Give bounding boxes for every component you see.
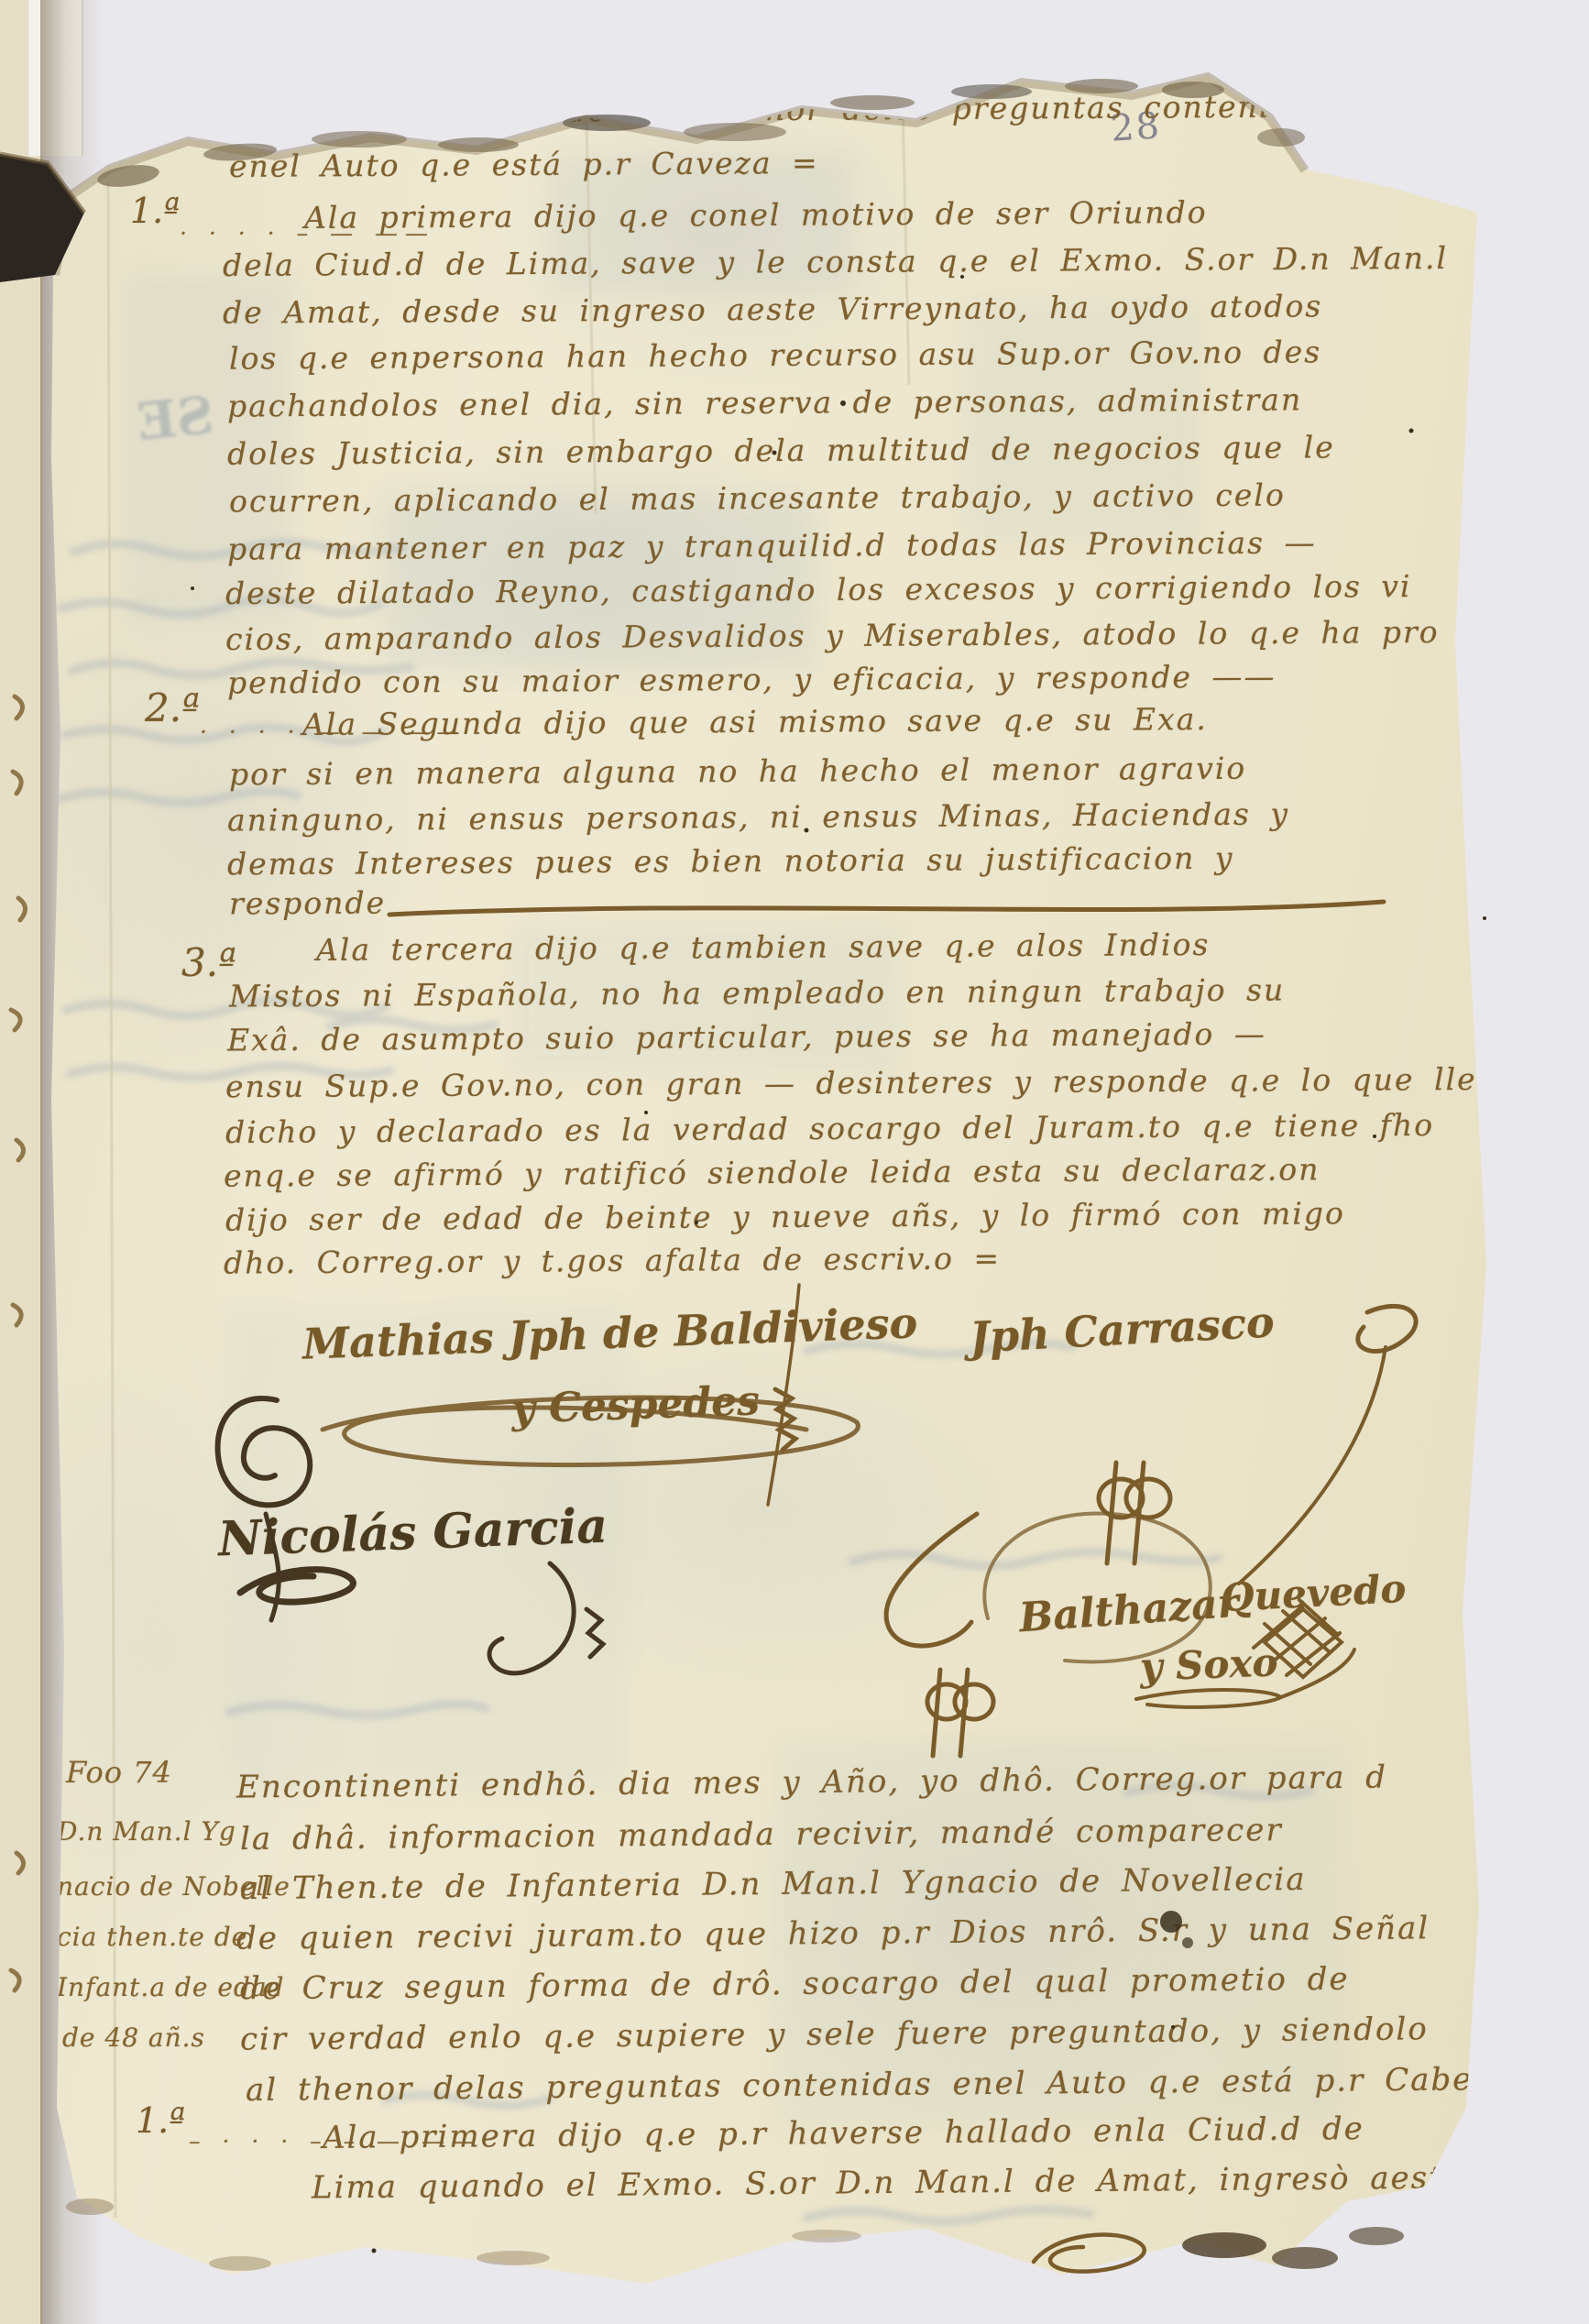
rubric-loops xyxy=(927,1670,993,1756)
rubric-lattice xyxy=(1254,1600,1342,1677)
ink-specks xyxy=(191,275,1486,2253)
facing-page-ink xyxy=(11,696,26,1990)
responde-rule xyxy=(389,902,1384,915)
garcia-tail xyxy=(489,1563,574,1673)
rubric-loop xyxy=(1358,1306,1416,1351)
spiral-t-mark xyxy=(218,1398,311,1505)
rubric-stroke xyxy=(1239,1347,1386,1584)
ink-decoration-layer xyxy=(0,0,1589,2324)
rubric-encircle xyxy=(984,1514,1210,1662)
closing-squiggle xyxy=(1034,2234,1145,2271)
garcia-zigzag xyxy=(586,1609,603,1657)
spine-fragment xyxy=(0,154,84,282)
garcia-underflourish xyxy=(240,1570,353,1602)
torn-bottom-edge xyxy=(66,2198,1404,2271)
scanned-manuscript-page: 28 SE 1.ª · · · · – — —— 2.ª · · · · — —… xyxy=(0,0,1589,2324)
rubric-sweep xyxy=(886,1514,977,1646)
torn-top-edge xyxy=(55,77,1305,275)
